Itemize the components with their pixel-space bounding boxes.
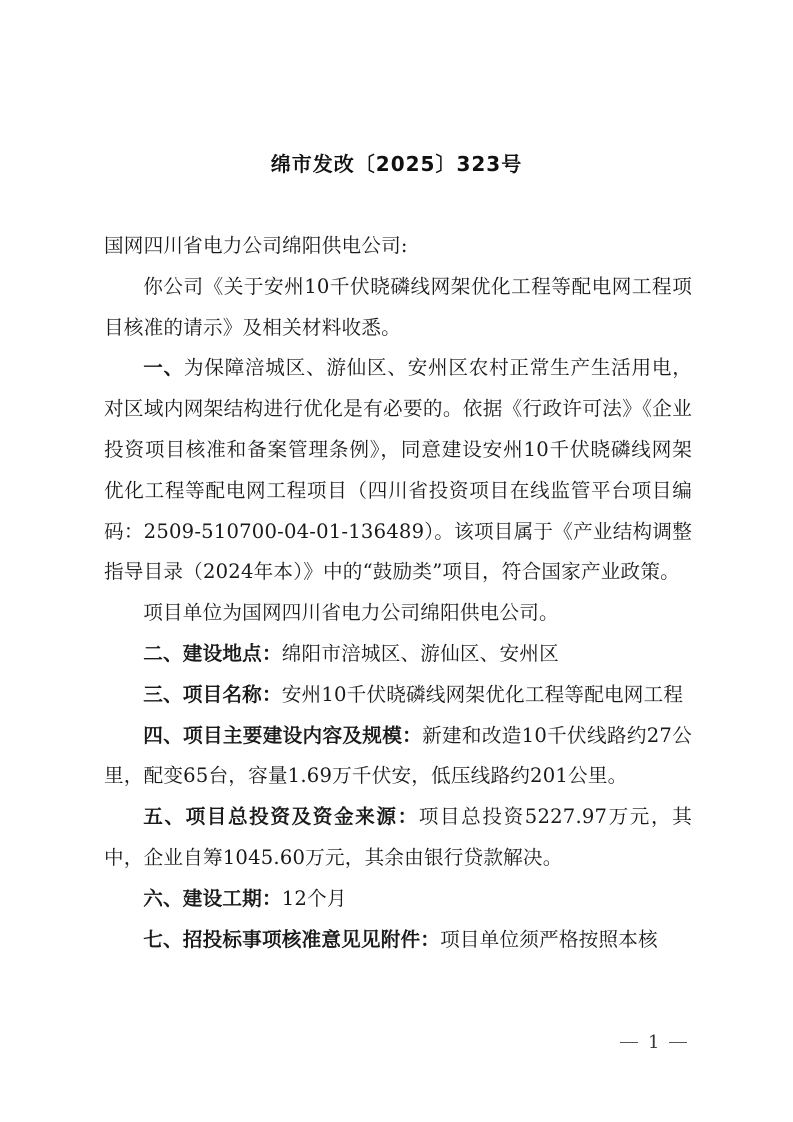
section-heading: 四、项目主要建设内容及规模： xyxy=(143,724,422,747)
addressee: 国网四川省电力公司绵阳供电公司: xyxy=(104,226,692,267)
section-6: 六、建设工期：12个月 xyxy=(104,879,692,920)
section-1-lead: 一、 xyxy=(143,356,184,379)
document-body: 国网四川省电力公司绵阳供电公司: 你公司《关于安州10千伏晓磷线网架优化工程等配… xyxy=(104,226,692,960)
section-3: 三、项目名称：安州10千伏晓磷线网架优化工程等配电网工程 xyxy=(104,675,692,716)
page-number-footer: 1 xyxy=(620,1032,687,1053)
dash-left xyxy=(620,1042,638,1044)
section-4: 四、项目主要建设内容及规模：新建和改造10千伏线路约27公里，配变65台，容量1… xyxy=(104,716,692,798)
document-number: 绵市发改〔2025〕323号 xyxy=(0,148,793,177)
section-heading: 七、招投标事项核准意见见附件： xyxy=(143,928,440,951)
section-5: 五、项目总投资及资金来源：项目总投资5227.97万元，其中，企业自筹1045.… xyxy=(104,797,692,879)
section-text: 绵阳市涪城区、游仙区、安州区 xyxy=(282,642,559,665)
section-2: 二、建设地点：绵阳市涪城区、游仙区、安州区 xyxy=(104,634,692,675)
section-text: 安州10千伏晓磷线网架优化工程等配电网工程 xyxy=(282,683,683,706)
page-number: 1 xyxy=(648,1032,659,1053)
section-text: 项目单位须严格按照本核 xyxy=(440,928,658,951)
section-heading: 六、建设工期： xyxy=(143,887,282,910)
section-7: 七、招投标事项核准意见见附件：项目单位须严格按照本核 xyxy=(104,920,692,961)
section-1-text: 为保障涪城区、游仙区、安州区农村正常生产生活用电，对区域内网架结构进行优化是有必… xyxy=(104,356,692,583)
section-text: 12个月 xyxy=(282,887,347,910)
section-1: 一、为保障涪城区、游仙区、安州区农村正常生产生活用电，对区域内网架结构进行优化是… xyxy=(104,348,692,593)
dash-right xyxy=(669,1042,687,1044)
section-heading: 三、项目名称： xyxy=(143,683,282,706)
intro-paragraph: 你公司《关于安州10千伏晓磷线网架优化工程等配电网工程项目核准的请示》及相关材料… xyxy=(104,267,692,349)
project-unit-paragraph: 项目单位为国网四川省电力公司绵阳供电公司。 xyxy=(104,593,692,634)
section-heading: 五、项目总投资及资金来源： xyxy=(143,805,419,828)
section-heading: 二、建设地点： xyxy=(143,642,282,665)
